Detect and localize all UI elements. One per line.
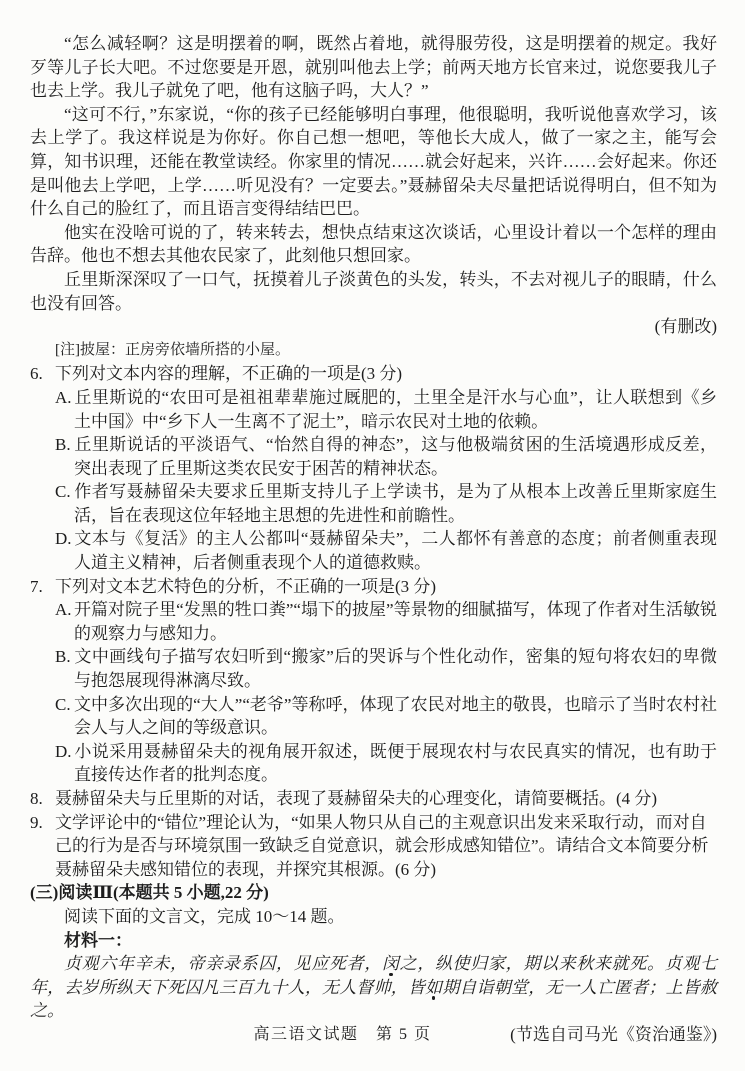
option-text: 开篇对院子里“发黑的牲口粪”“塌下的披屋”等景物的细腻描写，体现了作者对生活敏锐… [74,600,717,643]
option-text: 丘里斯说的“农田可是祖祖辈辈施过厩肥的，土里全是汗水与心血”，让人联想到《乡土中… [74,388,717,431]
exam-page: “怎么减轻啊？这是明摆着的啊，既然占着地，就得服劳役，这是明摆着的规定。我好歹等… [0,0,745,1071]
question-stem-text: 聂赫留朵夫与丘里斯的对话，表现了聂赫留朵夫的心理变化，请简要概括。(4 分) [55,789,657,808]
question-9: 9.文学评论中的“错位”理论认为，“如果人物只从自己的主观意识出发来采取行动，而… [30,811,717,882]
emphasized-char: 如 [425,978,442,997]
question-option: B.丘里斯说话的平淡语气、“怡然自得的神态”，这与他极端贫困的生活境遇形成反差，… [55,433,717,480]
emphasized-char: 闵 [382,954,400,973]
question-number: 6. [30,362,55,386]
question-7: 7.下列对文本艺术特色的分析，不正确的一项是(3 分) A.开篇对院子里“发黑的… [30,575,717,787]
option-label: A. [55,598,74,622]
question-stem-text: 文学评论中的“错位”理论认为，“如果人物只从自己的主观意识出发来采取行动，而对自… [55,813,709,879]
question-stem-text: 下列对文本内容的理解，不正确的一项是(3 分) [55,364,402,383]
question-option: A.丘里斯说的“农田可是祖祖辈辈施过厩肥的，土里全是汗水与心血”，让人联想到《乡… [55,386,717,433]
option-text: 文本与《复活》的主人公都叫“聂赫留朵夫”，二人都怀有善意的态度；前者侧重表现人道… [74,529,717,572]
question-option: D.文本与《复活》的主人公都叫“聂赫留朵夫”，二人都怀有善意的态度；前者侧重表现… [55,527,717,574]
question-option: D.小说采用聂赫留朵夫的视角展开叙述，既便于展现农村与农民真实的情况，也有助于直… [55,740,717,787]
question-stem: 7.下列对文本艺术特色的分析，不正确的一项是(3 分) [30,575,717,599]
question-number: 7. [30,575,55,599]
question-option: B.文中画线句子描写农妇听到“搬家”后的哭诉与个性化动作，密集的短句将农妇的卑微… [55,645,717,692]
question-option: C.文中多次出现的“大人”“老爷”等称呼，体现了农民对地主的敬畏，也暗示了当时农… [55,693,717,740]
page-footer: 高三语文试题 第 5 页 [0,1023,685,1047]
question-number: 9. [30,811,55,835]
option-label: B. [55,433,74,457]
section-reading-3: (三)阅读Ⅲ(本题共 5 小题,22 分) 阅读下面的文言文，完成 10～14 … [30,881,717,1046]
section-intro: 阅读下面的文言文，完成 10～14 题。 [30,905,717,929]
question-stem: 6.下列对文本内容的理解，不正确的一项是(3 分) [30,362,717,386]
story-paragraph: 他实在没啥可说的了，转来转去，想快点结束这次谈话，心里设计着以一个怎样的理由告辞… [30,221,717,268]
deletion-note: (有删改) [30,315,717,339]
option-label: D. [55,527,74,551]
classical-passage: 贞观六年辛未，帝亲录系囚，见应死者，闵之，纵使归家，期以来秋来就死。贞观七年，去… [30,952,717,1023]
option-label: C. [55,480,74,504]
story-paragraph: 丘里斯深深叹了一口气，抚摸着儿子淡黄色的头发，转头，不去对视儿子的眼睛，什么也没… [30,268,717,315]
question-option: A.开篇对院子里“发黑的牲口粪”“塌下的披屋”等景物的细腻描写，体现了作者对生活… [55,598,717,645]
option-label: D. [55,740,74,764]
section-heading: (三)阅读Ⅲ(本题共 5 小题,22 分) [30,881,717,905]
question-number: 8. [30,787,55,811]
reading-passage: “怎么减轻啊？这是明摆着的啊，既然占着地，就得服劳役，这是明摆着的规定。我好歹等… [30,32,717,362]
option-text: 小说采用聂赫留朵夫的视角展开叙述，既便于展现农村与农民真实的情况，也有助于直接传… [74,742,717,785]
question-stem-text: 下列对文本艺术特色的分析，不正确的一项是(3 分) [55,577,436,596]
material-label: 材料一： [30,929,717,953]
option-label: A. [55,386,74,410]
question-6: 6.下列对文本内容的理解，不正确的一项是(3 分) A.丘里斯说的“农田可是祖祖… [30,362,717,574]
option-label: B. [55,645,74,669]
classical-text-segment: 贞观六年辛未，帝亲录系囚，见应死者， [64,954,382,973]
story-paragraph: “怎么减轻啊？这是明摆着的啊，既然占着地，就得服劳役，这是明摆着的规定。我好歹等… [30,32,717,103]
option-text: 文中多次出现的“大人”“老爷”等称呼，体现了农民对地主的敬畏，也暗示了当时农村社… [74,695,717,738]
question-8: 8.聂赫留朵夫与丘里斯的对话，表现了聂赫留朵夫的心理变化，请简要概括。(4 分) [30,787,717,811]
option-text: 丘里斯说话的平淡语气、“怡然自得的神态”，这与他极端贫困的生活境遇形成反差，突出… [74,435,717,478]
question-stem: 9.文学评论中的“错位”理论认为，“如果人物只从自己的主观意识出发来采取行动，而… [30,811,717,882]
question-option: C.作者写聂赫留朵夫要求丘里斯支持儿子上学读书，是为了从根本上改善丘里斯家庭生活… [55,480,717,527]
passage-footnote: [注]披屋：正房旁依墙所搭的小屋。 [30,339,717,363]
option-text: 作者写聂赫留朵夫要求丘里斯支持儿子上学读书，是为了从根本上改善丘里斯家庭生活，旨… [74,482,717,525]
story-paragraph: “这可不行，”东家说，“你的孩子已经能够明白事理，他很聪明，我听说他喜欢学习，该… [30,103,717,221]
question-stem: 8.聂赫留朵夫与丘里斯的对话，表现了聂赫留朵夫的心理变化，请简要概括。(4 分) [30,787,717,811]
option-text: 文中画线句子描写农妇听到“搬家”后的哭诉与个性化动作，密集的短句将农妇的卑微与抱… [74,647,717,690]
option-label: C. [55,693,74,717]
